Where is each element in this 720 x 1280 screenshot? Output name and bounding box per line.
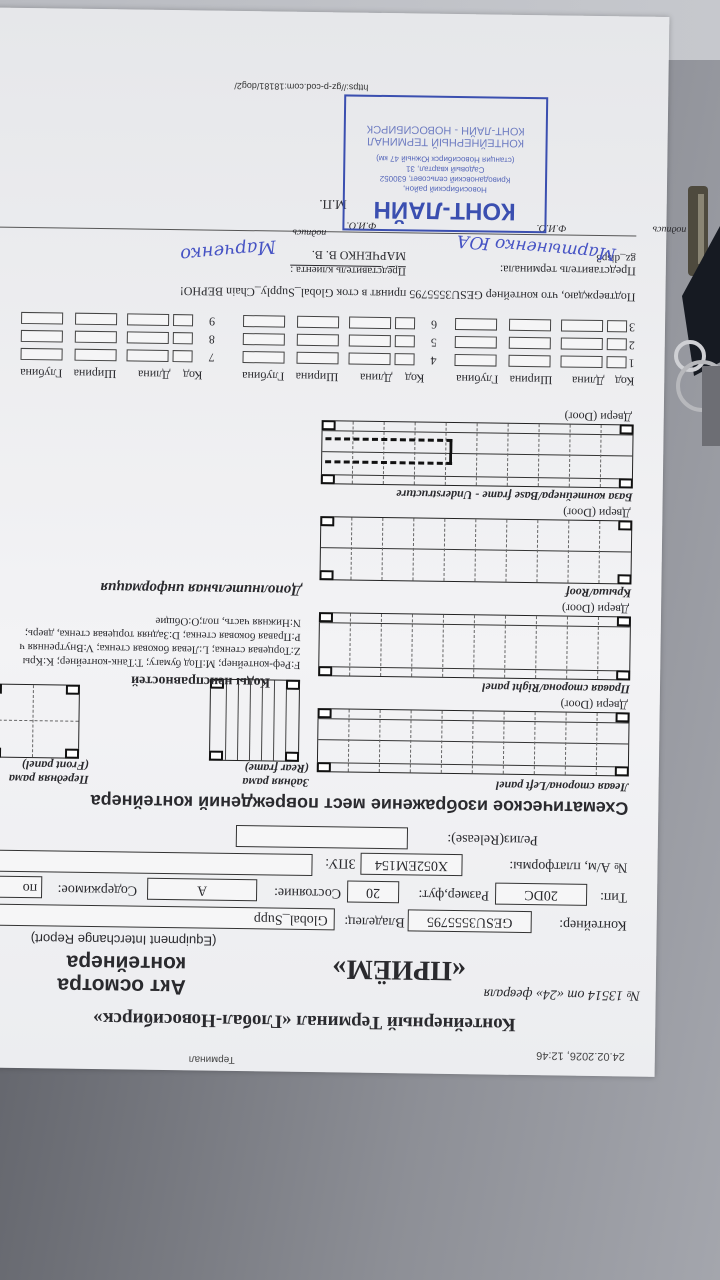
container-label: Контейнер:	[559, 916, 627, 933]
front-frame-en: (Front panel)	[9, 758, 89, 773]
inspection-report-paper: Терминал 24.02.2026, 12:46 Контейнерный …	[0, 7, 669, 1077]
repairs-header-length: Длина	[572, 373, 605, 388]
vehicle-label: № А/м, платформы:	[509, 857, 627, 875]
repair-entry-field[interactable]	[127, 331, 169, 344]
repairs-header-depth: Глубина	[456, 371, 498, 387]
terminal-label: Терминал	[189, 1053, 235, 1065]
repair-row-number: 4	[430, 353, 436, 368]
vehicle-field: X052EM154	[360, 853, 462, 876]
repair-row-number: 9	[209, 314, 215, 329]
repairs-header-width: Ширина	[509, 372, 552, 388]
stamp-address: Новосибирский район, Криводановский сель…	[345, 152, 546, 195]
footer-url: https://gz-p-cod.com:18181/dog2/	[234, 81, 368, 93]
front-frame-diagram[interactable]	[0, 684, 80, 759]
type-field: 20DC	[495, 883, 587, 906]
client-rep-label: Представитель клиента :	[290, 264, 406, 278]
right-panel-caption: Правая сторона/Right panel	[482, 679, 630, 696]
company-stamp: КОНТ-ЛАЙН Новосибирский район, Криводано…	[342, 94, 548, 233]
repairs-header-width: Ширина	[74, 366, 117, 382]
repair-entry-field[interactable]	[348, 353, 390, 366]
repairs-header-code: Код	[405, 370, 424, 385]
left-panel-caption: Левая сторона/Left panel	[496, 778, 629, 795]
door-label-4: Двери (Door)	[564, 409, 631, 425]
repairs-header-depth: Глубина	[20, 365, 62, 381]
state-label: Состояние:	[274, 884, 341, 901]
size-field: 20	[347, 881, 399, 904]
front-frame-label: Передняя рама	[9, 772, 89, 787]
repairs-header-width: Ширина	[296, 369, 339, 385]
repair-row-number: 3	[629, 319, 635, 334]
repair-entry-field[interactable]	[173, 332, 193, 344]
repair-entry-field[interactable]	[242, 351, 284, 364]
eir-subtitle: (Equipment Interchange Report)	[31, 931, 217, 949]
repair-entry-field[interactable]	[508, 355, 550, 368]
client-rep-value: МАРЧЕНКО В. В.	[312, 247, 406, 263]
operation-title: «ПРИЁМ»	[332, 952, 466, 986]
repair-entry-field[interactable]	[172, 350, 192, 362]
keys-object	[672, 186, 720, 446]
rear-frame-caption: Задняя рама (Rear frame)	[242, 761, 309, 790]
repair-entry-field[interactable]	[297, 334, 339, 347]
act-title-line1: Акт осмотра	[57, 974, 186, 999]
schema-title: Схематическое изображение мест поврежден…	[90, 790, 628, 819]
repairs-grid: 123456789	[0, 299, 635, 368]
repair-entry-field[interactable]	[607, 338, 627, 350]
repairs-header-code: Код	[615, 373, 634, 388]
repair-entry-field[interactable]	[127, 349, 169, 362]
seal-label: ЗПУ:	[325, 854, 356, 870]
repairs-header-code: Код	[183, 367, 202, 382]
repair-row-number: 8	[209, 332, 215, 347]
additional-info-title: Дополнительная информация	[100, 578, 301, 598]
repair-row-number: 1	[628, 355, 634, 370]
repair-entry-field[interactable]	[127, 313, 169, 326]
rear-frame-label: Задняя рама	[242, 775, 309, 790]
roof-diagram[interactable]	[319, 516, 632, 584]
repair-entry-field[interactable]	[21, 312, 63, 325]
repair-row-number: 5	[431, 335, 437, 350]
owner-label: Владелец:	[344, 913, 405, 930]
repair-entry-field[interactable]	[454, 354, 496, 367]
type-label: Тип:	[600, 888, 627, 904]
state-field: A	[147, 878, 257, 902]
repair-entry-field[interactable]	[243, 315, 285, 328]
repair-entry-field[interactable]	[75, 331, 117, 344]
defect-codes-list: F:Реф-контейнер; M:Под бумагу; T:Танк-ко…	[0, 611, 301, 672]
sign-label-1: подпись	[292, 227, 326, 238]
repair-entry-field[interactable]	[509, 337, 551, 350]
repairs-header-depth: Глубина	[242, 368, 284, 384]
rear-frame-diagram[interactable]	[209, 679, 300, 762]
defect-codes-title: Коды неисправностей	[131, 672, 270, 690]
damage-marker	[325, 437, 452, 465]
right-panel-diagram[interactable]	[318, 612, 631, 680]
base-frame-diagram[interactable]	[321, 420, 634, 488]
container-field: GESU3555795	[408, 909, 532, 933]
door-label-2: Двери (Door)	[562, 601, 629, 617]
repair-entry-field[interactable]	[395, 317, 415, 329]
repair-entry-field[interactable]	[21, 348, 63, 361]
repair-entry-field[interactable]	[561, 319, 603, 332]
contents-label: Содержимое:	[57, 880, 137, 897]
repair-entry-field[interactable]	[297, 316, 339, 329]
repair-entry-field[interactable]	[561, 337, 603, 350]
repair-entry-field[interactable]	[243, 333, 285, 346]
repair-entry-field[interactable]	[75, 349, 117, 362]
act-title-line2: контейнера	[58, 951, 187, 976]
repair-row-number: 2	[629, 337, 635, 352]
repair-entry-field[interactable]	[296, 352, 338, 365]
repair-entry-field[interactable]	[455, 318, 497, 331]
rear-frame-en: (Rear frame)	[242, 761, 309, 776]
stamp-big-text: КОНТ-ЛАЙН	[344, 194, 544, 225]
repair-entry-field[interactable]	[607, 320, 627, 332]
repair-entry-field[interactable]	[173, 314, 193, 326]
repair-entry-field[interactable]	[455, 336, 497, 349]
repair-entry-field[interactable]	[394, 353, 414, 365]
act-title: Акт осмотра контейнера	[57, 951, 186, 999]
release-label: Релиз(Release):	[447, 830, 538, 847]
owner-field: Global_Supp	[0, 903, 335, 931]
repair-row-number: 7	[208, 350, 214, 365]
repairs-header: Код Длина Ширина Глубина Код Длина Ширин…	[0, 379, 634, 389]
repair-entry-field[interactable]	[349, 335, 391, 348]
repair-entry-field[interactable]	[509, 319, 551, 332]
repairs-header-length: Длина	[360, 370, 393, 385]
repair-entry-field[interactable]	[349, 317, 391, 330]
left-panel-diagram[interactable]	[317, 708, 630, 776]
repair-entry-field[interactable]	[21, 330, 63, 343]
base-frame-caption: База контейнера/Base frame - Understruct…	[396, 486, 633, 504]
repair-entry-field[interactable]	[75, 313, 117, 326]
seal-field	[0, 849, 313, 876]
repair-entry-field[interactable]	[606, 356, 626, 368]
repair-row-number: 6	[431, 317, 437, 332]
repair-entry-field[interactable]	[395, 335, 415, 347]
size-label: Размер,фут:	[418, 886, 489, 903]
release-field	[236, 825, 408, 849]
document-number: № 13514 от «24» февраля	[483, 984, 639, 1002]
repairs-header-length: Длина	[138, 367, 171, 382]
handwritten-signature-terminal: Марченко	[179, 236, 276, 266]
door-label-3: Двери (Door)	[563, 505, 630, 521]
roof-caption: Крыша/Roof	[565, 585, 631, 601]
company-title: Контейнерный Терминал «Глобал-Новосибирс…	[0, 1005, 655, 1037]
front-frame-caption: Передняя рама (Front panel)	[9, 758, 89, 787]
door-label-1: Двери (Door)	[560, 697, 627, 713]
confirmation-text: Подтверждаю, что контейнер GESU3555795 п…	[180, 283, 636, 304]
repair-entry-field[interactable]	[560, 355, 602, 368]
contents-field: по	[0, 875, 42, 898]
print-timestamp: 24.02.2026, 12:46	[536, 1049, 625, 1062]
